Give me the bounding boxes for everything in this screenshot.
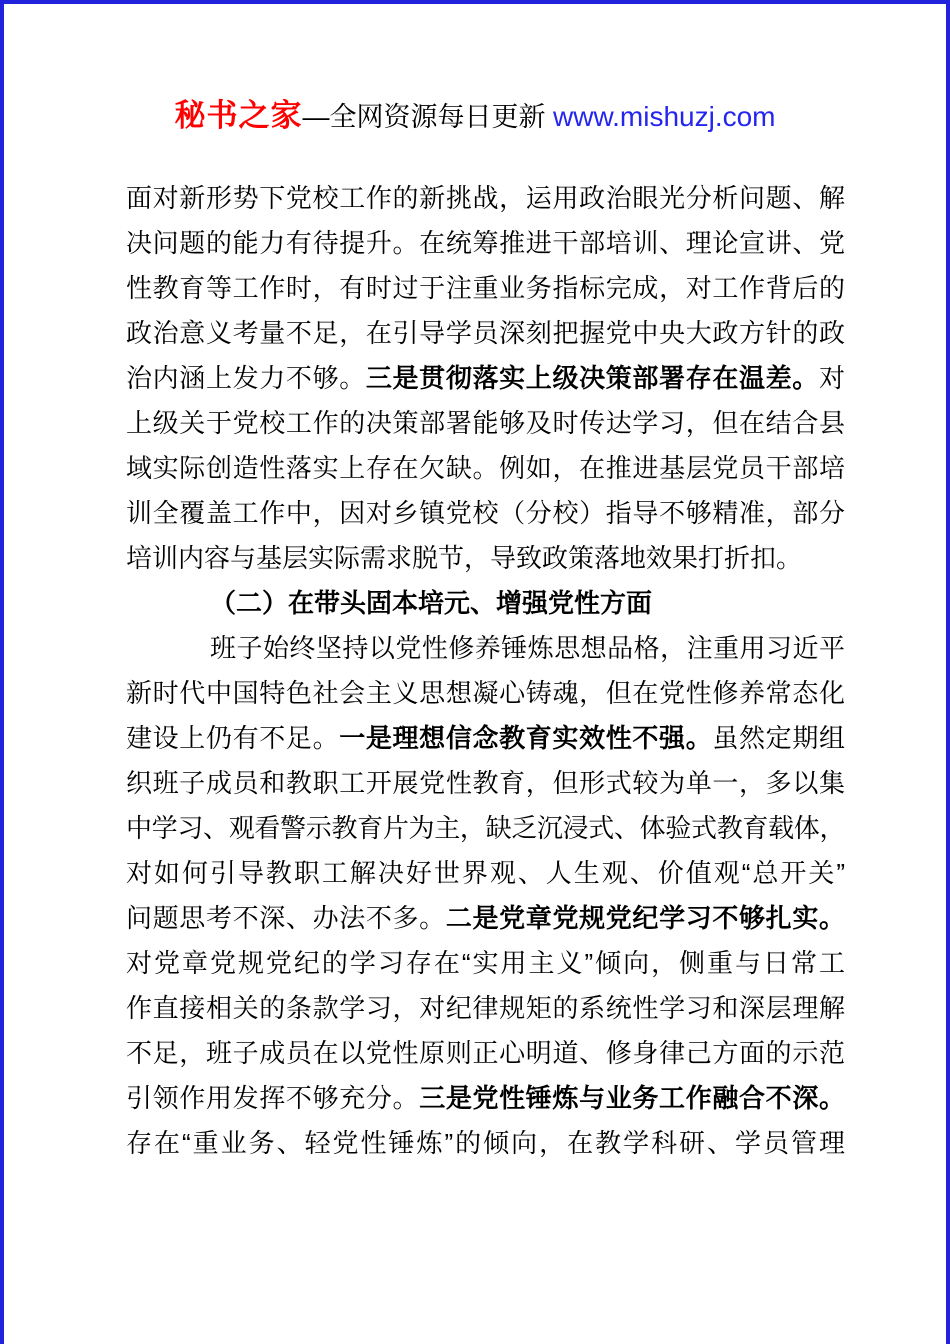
doc-line: 训全覆盖工作中，因对乡镇党校（分校）指导不够精准，部分 [126,491,845,536]
doc-line-paragraph-start: 班子始终坚持以党性修养锤炼思想品格，注重用习近平 [126,626,845,671]
doc-line: 织班子成员和教职工开展党性教育，但形式较为单一，多以集 [126,761,845,806]
site-tagline: —全网资源每日更新 [303,102,554,132]
doc-line: 存在“重业务、轻党性锤炼”的倾向，在教学科研、学员管理 [126,1121,845,1166]
doc-line: 治内涵上发力不够。三是贯彻落实上级决策部署存在温差。对 [126,356,845,401]
document-page: 秘书之家—全网资源每日更新 www.mishuzj.com 面对新形势下党校工作… [0,0,950,1344]
document-body: 面对新形势下党校工作的新挑战，运用政治眼光分析问题、解 决问题的能力有待提升。在… [126,176,845,1166]
doc-line: 不足，班子成员在以党性原则正心明道、修身律己方面的示范 [126,1031,845,1076]
doc-line: 建设上仍有不足。一是理想信念教育实效性不强。虽然定期组 [126,716,845,761]
doc-line: 作直接相关的条款学习，对纪律规矩的系统性学习和深层理解 [126,986,845,1031]
site-url: www.mishuzj.com [553,101,775,132]
doc-line-paragraph-end: 培训内容与基层实际需求脱节，导致政策落地效果打折扣。 [126,536,845,581]
doc-line: 引领作用发挥不够充分。三是党性锤炼与业务工作融合不深。 [126,1076,845,1121]
section-heading: （二）在带头固本培元、增强党性方面 [126,581,845,626]
doc-line: 上级关于党校工作的决策部署能够及时传达学习，但在结合县 [126,401,845,446]
doc-line: 中学习、观看警示教育片为主，缺乏沉浸式、体验式教育载体， [126,806,845,851]
doc-line: 对党章党规党纪的学习存在“实用主义”倾向，侧重与日常工 [126,941,845,986]
doc-line: 域实际创造性落实上存在欠缺。例如，在推进基层党员干部培 [126,446,845,491]
doc-line: 决问题的能力有待提升。在统筹推进干部培训、理论宣讲、党 [126,221,845,266]
site-banner: 秘书之家—全网资源每日更新 www.mishuzj.com [4,90,946,135]
doc-line: 面对新形势下党校工作的新挑战，运用政治眼光分析问题、解 [126,176,845,221]
doc-line: 对如何引导教职工解决好世界观、人生观、价值观“总开关” [126,851,845,896]
site-brand: 秘书之家 [175,98,303,133]
doc-line: 性教育等工作时，有时过于注重业务指标完成，对工作背后的 [126,266,845,311]
doc-line: 政治意义考量不足，在引导学员深刻把握党中央大政方针的政 [126,311,845,356]
doc-line: 问题思考不深、办法不多。二是党章党规党纪学习不够扎实。 [126,896,845,941]
doc-line: 新时代中国特色社会主义思想凝心铸魂，但在党性修养常态化 [126,671,845,716]
